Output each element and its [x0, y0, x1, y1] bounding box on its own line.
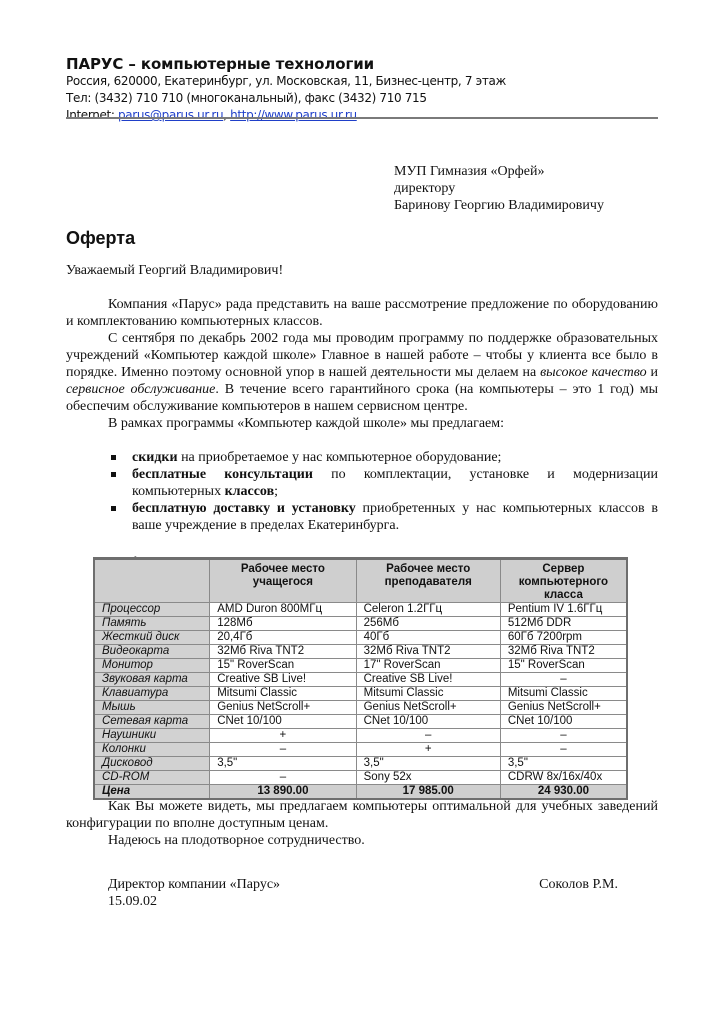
offer-item-bold: бесплатные консультации	[132, 467, 313, 482]
offer-item-text: на приобретаемое у нас компьютерное обор…	[178, 450, 502, 465]
price-value: 17 985.00	[356, 785, 500, 800]
row-label: Жесткий диск	[94, 631, 210, 645]
price-label: Цена	[94, 785, 210, 800]
table-cell: 60Гб 7200rpm	[500, 631, 627, 645]
square-bullet-icon	[111, 455, 116, 460]
table-cell: 15" RoverScan	[500, 659, 627, 673]
addressee-position: директору	[394, 180, 604, 197]
letterhead: ПАРУС – компьютерные технологии Россия, …	[66, 55, 658, 124]
table-cell: Pentium IV 1.6ГГц	[500, 603, 627, 617]
offer-item-bold: бесплатную доставку и установку	[132, 501, 356, 516]
table-row: Колонки–+–	[94, 743, 627, 757]
table-row: Видеокарта32Мб Riva TNT232Мб Riva TNT232…	[94, 645, 627, 659]
table-cell: Mitsumi Classic	[500, 687, 627, 701]
emphasis-service: сервисное обслуживание	[66, 382, 215, 397]
table-cell: +	[210, 729, 356, 743]
table-header-cell	[94, 559, 210, 603]
table-row: Жесткий диск20,4Гб40Гб60Гб 7200rpm	[94, 631, 627, 645]
row-label: CD-ROM	[94, 771, 210, 785]
square-bullet-icon	[111, 472, 116, 477]
internet-label: Internet:	[66, 108, 118, 122]
signature-block: Директор компании «Парус» Соколов Р.М. 1…	[108, 876, 618, 910]
letterhead-divider	[66, 117, 658, 119]
table-cell: 40Гб	[356, 631, 500, 645]
table-cell: Creative SB Live!	[356, 673, 500, 687]
email-link[interactable]: parus@parus.ur.ru	[118, 108, 223, 122]
table-cell: 3,5"	[500, 757, 627, 771]
closing-wish: Надеюсь на плодотворное сотрудничество.	[66, 832, 658, 849]
company-internet: Internet: parus@parus.ur.ru, http://www.…	[66, 107, 658, 124]
table-cell: Genius NetScroll+	[500, 701, 627, 715]
offer-list: скидки на приобретаемое у нас компьютерн…	[66, 449, 658, 534]
row-label: Монитор	[94, 659, 210, 673]
price-value: 13 890.00	[210, 785, 356, 800]
table-cell: 3,5"	[210, 757, 356, 771]
paragraph-offer-intro: В рамках программы «Компьютер каждой шко…	[66, 415, 658, 432]
table-header-cell: Рабочее место учащегося	[210, 559, 356, 603]
price-row: Цена13 890.0017 985.0024 930.00	[94, 785, 627, 800]
offer-item: бесплатную доставку и установку приобрет…	[132, 500, 658, 534]
document-title: Оферта	[66, 228, 135, 249]
offer-item-text: ;	[274, 484, 278, 499]
table-cell: 32Мб Riva TNT2	[500, 645, 627, 659]
table-row: CD-ROM–Sony 52xCDRW 8x/16x/40x	[94, 771, 627, 785]
paragraph-intro: Компания «Парус» рада представить на ваш…	[66, 296, 658, 330]
text-span: и	[647, 365, 658, 380]
table-row: Монитор15" RoverScan17" RoverScan15" Rov…	[94, 659, 627, 673]
table-cell: 128Мб	[210, 617, 356, 631]
row-label: Процессор	[94, 603, 210, 617]
table-cell: –	[500, 729, 627, 743]
greeting: Уважаемый Георгий Владимирович!	[66, 262, 658, 279]
closing-block: Как Вы можете видеть, мы предлагаем комп…	[66, 798, 658, 849]
table-cell: 17" RoverScan	[356, 659, 500, 673]
row-label: Мышь	[94, 701, 210, 715]
table-cell: –	[210, 743, 356, 757]
table-cell: 20,4Гб	[210, 631, 356, 645]
table-header-cell: Сервер компьютерного класса	[500, 559, 627, 603]
website-link[interactable]: http://www.parus.ur.ru	[230, 108, 357, 122]
signer-name: Соколов Р.М.	[539, 876, 618, 893]
table-cell: Mitsumi Classic	[210, 687, 356, 701]
row-label: Колонки	[94, 743, 210, 757]
offer-item: бесплатные консультации по комплектации,…	[132, 466, 658, 500]
paragraph-program: С сентября по декабрь 2002 года мы прово…	[66, 330, 658, 415]
table-body: ПроцессорAMD Duron 800МГцCeleron 1.2ГГцP…	[94, 603, 627, 800]
table-cell: 15" RoverScan	[210, 659, 356, 673]
row-label: Видеокарта	[94, 645, 210, 659]
price-value: 24 930.00	[500, 785, 627, 800]
row-label: Сетевая карта	[94, 715, 210, 729]
addressee-organization: МУП Гимназия «Орфей»	[394, 163, 604, 180]
row-label: Клавиатура	[94, 687, 210, 701]
table-cell: Creative SB Live!	[210, 673, 356, 687]
table-cell: 256Мб	[356, 617, 500, 631]
table-cell: CDRW 8x/16x/40x	[500, 771, 627, 785]
table-cell: Genius NetScroll+	[210, 701, 356, 715]
company-address: Россия, 620000, Екатеринбург, ул. Москов…	[66, 73, 658, 90]
table-header-cell: Рабочее место преподавателя	[356, 559, 500, 603]
table-cell: 512Мб DDR	[500, 617, 627, 631]
table-row: Память128Мб256Мб512Мб DDR	[94, 617, 627, 631]
table-cell: CNet 10/100	[356, 715, 500, 729]
table-cell: Genius NetScroll+	[356, 701, 500, 715]
table-row: Дисковод3,5"3,5"3,5"	[94, 757, 627, 771]
table-cell: 32Мб Riva TNT2	[210, 645, 356, 659]
offer-item: скидки на приобретаемое у нас компьютерн…	[132, 449, 658, 466]
table-row: ПроцессорAMD Duron 800МГцCeleron 1.2ГГцP…	[94, 603, 627, 617]
addressee-block: МУП Гимназия «Орфей» директору Баринову …	[394, 163, 604, 214]
table-cell: Celeron 1.2ГГц	[356, 603, 500, 617]
table-cell: CNet 10/100	[210, 715, 356, 729]
table-cell: –	[210, 771, 356, 785]
signer-position: Директор компании «Парус»	[108, 876, 280, 893]
company-name: ПАРУС – компьютерные технологии	[66, 55, 658, 73]
table-cell: 32Мб Riva TNT2	[356, 645, 500, 659]
row-label: Наушники	[94, 729, 210, 743]
company-phone: Тел: (3432) 710 710 (многоканальный), фа…	[66, 90, 658, 107]
closing-paragraph: Как Вы можете видеть, мы предлагаем комп…	[66, 798, 658, 832]
configuration-table: Рабочее место учащегося Рабочее место пр…	[93, 557, 628, 800]
offer-item-bold: классов	[225, 484, 275, 499]
row-label: Звуковая карта	[94, 673, 210, 687]
letter-date: 15.09.02	[108, 893, 618, 910]
offer-item-bold: скидки	[132, 450, 178, 465]
row-label: Память	[94, 617, 210, 631]
table-row: МышьGenius NetScroll+Genius NetScroll+Ge…	[94, 701, 627, 715]
table-row: Наушники+––	[94, 729, 627, 743]
letter-body: Уважаемый Георгий Владимирович! Компания…	[66, 262, 658, 571]
table-row: Звуковая картаCreative SB Live!Creative …	[94, 673, 627, 687]
emphasis-quality: высокое качество	[540, 365, 647, 380]
signature-row: Директор компании «Парус» Соколов Р.М.	[108, 876, 618, 893]
table-row: Сетевая картаCNet 10/100CNet 10/100CNet …	[94, 715, 627, 729]
table-cell: +	[356, 743, 500, 757]
table-cell: –	[356, 729, 500, 743]
table-cell: Sony 52x	[356, 771, 500, 785]
table-header-row: Рабочее место учащегося Рабочее место пр…	[94, 559, 627, 603]
table-cell: Mitsumi Classic	[356, 687, 500, 701]
addressee-name: Баринову Георгию Владимировичу	[394, 197, 604, 214]
table-cell: –	[500, 743, 627, 757]
table-cell: –	[500, 673, 627, 687]
table-row: КлавиатураMitsumi ClassicMitsumi Classic…	[94, 687, 627, 701]
table-cell: AMD Duron 800МГц	[210, 603, 356, 617]
table-cell: 3,5"	[356, 757, 500, 771]
row-label: Дисковод	[94, 757, 210, 771]
square-bullet-icon	[111, 506, 116, 511]
table-cell: CNet 10/100	[500, 715, 627, 729]
